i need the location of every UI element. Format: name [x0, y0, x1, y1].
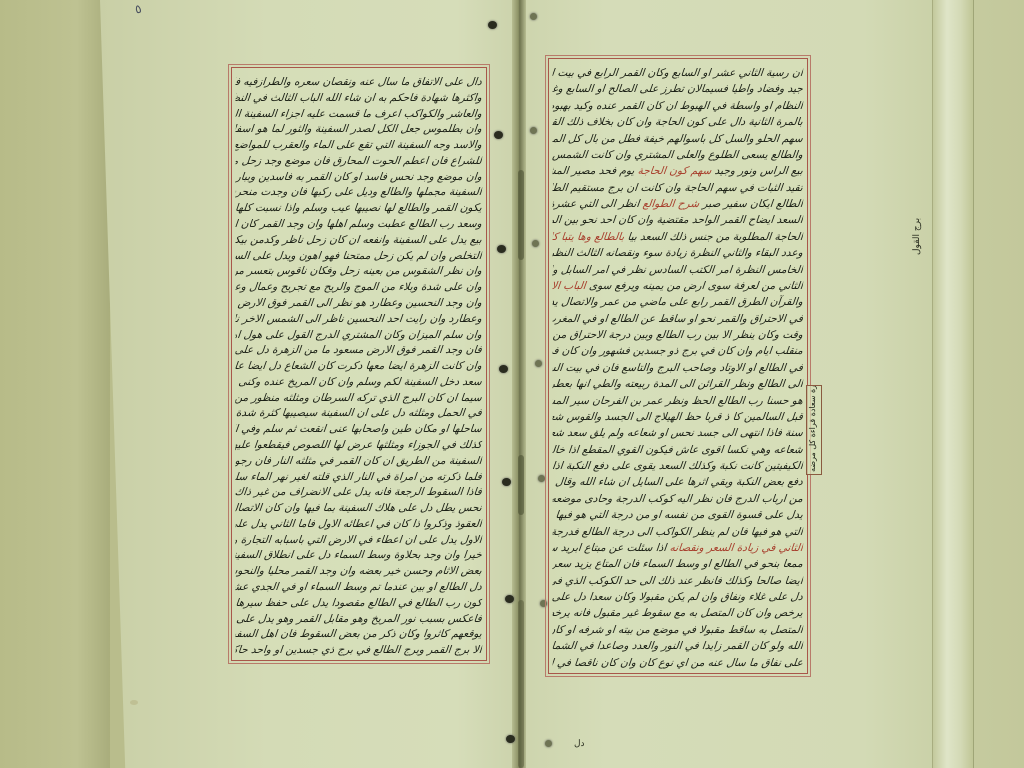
text-line: سعد دخل السفينة لكم وسلم وان كان المريخ …: [235, 372, 483, 388]
catchword: دل: [574, 739, 585, 749]
rubric-heading: بالطالع وها يتبا كل من السابع هو بيته لو…: [552, 231, 625, 243]
text-line: سيما ان كان البرج الذي تركه السرطان ومثل…: [235, 388, 483, 404]
text-line: دل الطالع او بين عندما تم وسط السماء او …: [235, 577, 483, 593]
text-line: الطالع ايكان سفير صبر شرح الطوالع انظر ا…: [552, 194, 804, 210]
text-line: يدل على قسوة القوى من نفسه او من درجة ال…: [552, 505, 804, 521]
binding-hole: [494, 131, 503, 139]
rubric-heading: الباب الاول في الحاجة وطلبها: [552, 280, 586, 292]
text-line: دال على الاتفاق ما سال عنه ونقصان سعره و…: [235, 72, 483, 88]
text-line: وقت وكان ينظر الا بين رب الطالع وبين درج…: [552, 325, 804, 341]
text-line: للشراع فان اعطم الحوت المحارق فان موضع و…: [235, 151, 483, 167]
page-edges: [932, 0, 974, 768]
text-line: الكيفيتين كانت نكبة وكذلك السعد يقوى على…: [552, 456, 804, 472]
text-line: والعاشر والكواكب اعرف ما قسمت عليه اجزاء…: [235, 104, 483, 120]
binding-hole: [488, 21, 497, 29]
text-line: وان كانت الزهرة ايضا معها دكرت كان الشعا…: [235, 356, 483, 372]
text-line: نحس يطل دل على هلاك السفينة بما فيها وان…: [235, 498, 483, 514]
text-line: بيع الراس ونور وجيد سهم كون الحاجة يوم ف…: [552, 161, 804, 177]
marginal-note-box: في وقت كثرة سعادة قراءة كل مرضه: [806, 385, 822, 475]
binding-hole: [499, 365, 508, 373]
binding-hole: [506, 735, 515, 743]
text-line: سهم الحلو والسل كل باسوالهم خيفة فطل من …: [552, 129, 804, 145]
text-line: بالمرة الثانية دال على كون الحاجة وان كا…: [552, 112, 804, 128]
text-line: ممعا بنحو في الطالع او وسط السماء فان ال…: [552, 554, 804, 570]
text-line: الخامس النظرة امر الكتب السادس نظر في ام…: [552, 260, 804, 276]
text-line: في الاحتراق والقمر نحو او ساقط عن الطالع…: [552, 309, 804, 325]
binding-thread: [518, 170, 524, 260]
text-line: ساحلها او مكان طين واصحابها عنى انقعت ثم…: [235, 419, 483, 435]
text-line: وان سلم الميزان وكان المشتري الدرج القول…: [235, 325, 483, 341]
text-line: والاسد وجه السفينة التي تقع على الماء وا…: [235, 135, 483, 151]
text-line: هو حسنا رب الطالع الحظ ونظر عمر بن الفرح…: [552, 391, 804, 407]
text-line: العقوذ وذكروا ذا كان في اعطائه الاول فام…: [235, 514, 483, 530]
text-line: وسعد رب الطالع عطبت وسلم اهلها وان وجد ا…: [235, 214, 483, 230]
text-line: وعطارد وان رايت احد النحسين ناظر الى الش…: [235, 309, 483, 325]
text-line: الله ولو كان القمر زايدا في النور والعدد…: [552, 636, 804, 652]
binding-hole: [505, 595, 514, 603]
text-line: في الحمل ومثلثه دل على ان السفينة سيصيبه…: [235, 403, 483, 419]
margin-annotation: برج القول: [912, 225, 932, 255]
text-line: فاذا السقوط الرجعة فانه يدل على الانضراف…: [235, 482, 483, 498]
text-line: سنة فاذا انتهى الى جسد نحس او شعاعه ولم …: [552, 423, 804, 439]
text-line: كذلك في الجوزاء ومثلثها عرض لها اللصوص ف…: [235, 435, 483, 451]
text-line: التي هو فيها فان لم ينظر الكواكب الى درج…: [552, 522, 804, 538]
text-line: وعدد البقاء والثاني النظرة زيادة سوء ونق…: [552, 243, 804, 259]
text-line: قبل السالمين كا ذ قربا حظ الهيلاج الى ال…: [552, 407, 804, 423]
text-line: بيع يدل على السفينة وانفعه ان كان زحل نا…: [235, 230, 483, 246]
marginal-note-text: في وقت كثرة سعادة قراءة كل مرضه: [807, 386, 819, 472]
text-line: المتصل به ساقط مقبولا في موضع من بيته او…: [552, 620, 804, 636]
text-line: وان وجد النحسين وعطارد هو نظر الى القمر …: [235, 293, 483, 309]
left-text-lines: دال على الاتفاق ما سال عنه ونقصان سعره و…: [236, 72, 482, 656]
text-line: دل على غلاء ونفاق وان لم يكن مقبولا وكان…: [552, 587, 804, 603]
rubric-heading: الثاني في زيادة السعر ونقصانه: [669, 542, 803, 554]
text-line: الثاني في زيادة السعر ونقصانه اذا سئلت ع…: [552, 538, 804, 554]
text-line: ان رسية الثاني عشر او السابع وكان القمر …: [552, 63, 804, 79]
text-line: على نفاق ما سال عنه من اي نوع كان وان كا…: [552, 653, 804, 669]
text-line: واكثرها شهادة فاحكم به ان شاء الله الباب…: [235, 88, 483, 104]
binding-thread: [518, 455, 524, 515]
text-line: الا برج القمر وبرج الطالع في برج ذي جسدي…: [235, 640, 483, 656]
text-line: الحاجة المطلوبة من جنس ذلك السعد بيا بال…: [552, 227, 804, 243]
background-left: [0, 0, 110, 768]
right-text-block: ان رسية الثاني عشر او السابع وكان القمر …: [548, 58, 808, 674]
binding-hole: [538, 475, 545, 482]
text-line: وان موضع وجد نحس فاسد او كان القمر به فا…: [235, 167, 483, 183]
text-line: والطالع يسعى الطلوع والعلى المشتري وان ك…: [552, 145, 804, 161]
text-line: وان بطلموس جعل الكل لصدر السفينة والثور …: [235, 119, 483, 135]
rubric-heading: شرح الطوالع: [642, 198, 700, 210]
text-line: يكون القمر والطالع لها نصيبها عيب وسلم و…: [235, 198, 483, 214]
text-line: النظام او واسطة في الهبوط ان كان القمر ع…: [552, 96, 804, 112]
binding-hole: [530, 127, 537, 134]
text-line: جيد وفضاد واطيا فسيمالان تطرز على الصالح…: [552, 79, 804, 95]
text-line: يرخص وان كان المتصل به مع سقوط غير مقبول…: [552, 603, 804, 619]
text-line: فان وجد القمر فوق الارض مسعود ما من الزه…: [235, 340, 483, 356]
text-line: وان نظر الشقوس من بعينه زحل وفكان ناقوس …: [235, 261, 483, 277]
binding-thread: [518, 600, 524, 768]
text-line: السعد ايضاح القمر الواحد مقتضية وان كان …: [552, 210, 804, 226]
binding-hole: [532, 240, 539, 247]
text-line: من ارباب الدرج فان نظر اليه كوكب الدرجة …: [552, 489, 804, 505]
binding-hole: [545, 740, 552, 747]
text-line: والقرآن الطرق القمر رابع على ماضي من عمر…: [552, 292, 804, 308]
left-text-block: دال على الاتفاق ما سال عنه ونقصان سعره و…: [231, 67, 487, 661]
binding-hole: [497, 245, 506, 253]
text-line: فلما ذكرته من امراة في النار الذي قلته ل…: [235, 467, 483, 483]
text-line: ايضا صالحا وكذلك فانظر عند ذلك الى حد ال…: [552, 571, 804, 587]
text-line: السفينة مجملها والطالع وديل على ركبها فا…: [235, 182, 483, 198]
text-line: دفع بعض النكبة وبقي اثرها على السايل ان …: [552, 472, 804, 488]
binding-hole: [530, 13, 537, 20]
binding-hole: [502, 478, 511, 486]
text-line: الثاني من لعرفة سوى ارض من يمينه ويرفع س…: [552, 276, 804, 292]
text-line: التخلص وان لم يكن زحل ممتحنا فهو اهون وي…: [235, 246, 483, 262]
text-line: خيرا وان وجد بحلاوة وسط السماء دل على ان…: [235, 545, 483, 561]
text-line: السفينة من الطريق ان كان القمر في مثلثه …: [235, 451, 483, 467]
text-line: الاول يدل على ان اعطاء في الارض التي باس…: [235, 530, 483, 546]
stain: [130, 700, 138, 705]
text-line: يوقعهم كاثروا وكان ذكر من بعض السقوط فان…: [235, 624, 483, 640]
text-line: منقلب ايام وان كان في برج ذو جسدين فشهور…: [552, 341, 804, 357]
text-line: في الطالع او الاوتاد وصاحب البرج والتاسع…: [552, 358, 804, 374]
text-line: فاعكس بسبب نور المريخ وهو مقابل القمر وه…: [235, 609, 483, 625]
text-line: كون رب الطالع في الطالع مقصودا يدل على ح…: [235, 593, 483, 609]
rubric-heading: سهم كون الحاجة: [637, 165, 712, 177]
text-line: وان على شدة وبلاء من الموج والريح مع تجر…: [235, 277, 483, 293]
text-line: شعاعه وهي نكسا اقوى عاش فيكون القوي المق…: [552, 440, 804, 456]
text-line: بعض الاثام وحسن خير بعضه وان وجد القمر م…: [235, 561, 483, 577]
binding-hole: [540, 600, 547, 607]
text-line: الى الطالع ونظر القرائن الى المدة ربيعته…: [552, 374, 804, 390]
right-text-lines: ان رسية الثاني عشر او السابع وكان القمر …: [553, 63, 803, 669]
binding-hole: [535, 360, 542, 367]
text-line: تقيد الثبات في سهم الحاجة وان كانت ان بر…: [552, 178, 804, 194]
